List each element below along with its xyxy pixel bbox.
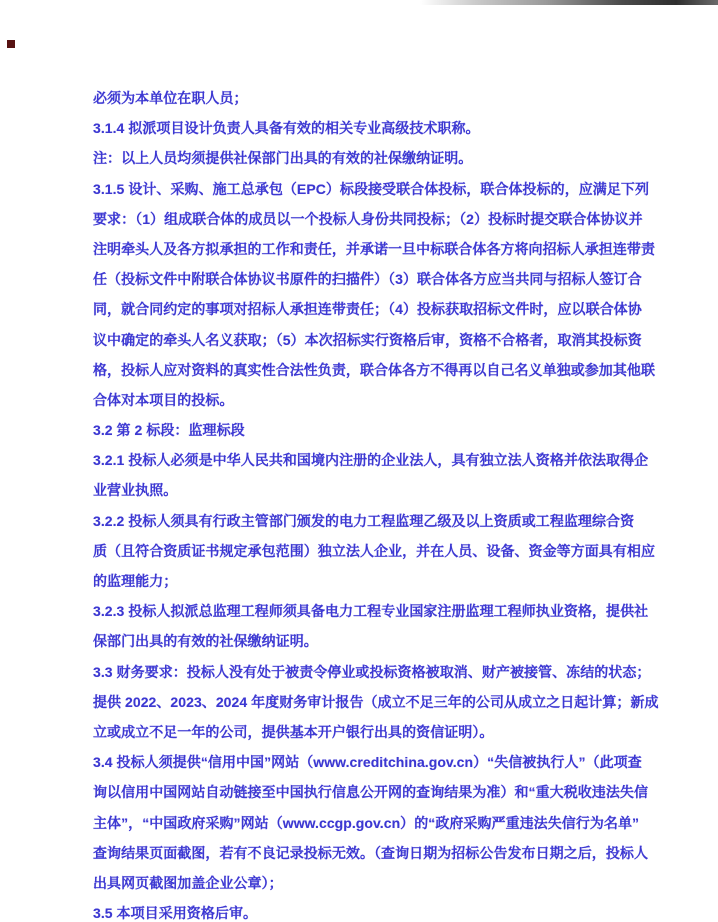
document-text-line: 要求：（1）组成联合体的成员以一个投标人身份共同投标；（2）投标时提交联合体协议…: [93, 204, 633, 234]
document-text-line: 的监理能力；: [93, 566, 633, 596]
document-text-line: 主体”，“中国政府采购”网站（www.ccgp.gov.cn）的“政府采购严重违…: [93, 808, 633, 838]
document-text-line: 3.2 第 2 标段：监理标段: [93, 415, 633, 445]
document-text-line: 业营业执照。: [93, 475, 633, 505]
document-body: 必须为本单位在职人员；3.1.4 拟派项目设计负责人具备有效的相关专业高级技术职…: [93, 83, 633, 922]
document-text-line: 查询结果页面截图，若有不良记录投标无效。（查询日期为招标公告发布日期之后，投标人: [93, 838, 633, 868]
document-text-line: 同，就合同约定的事项对招标人承担连带责任；（4）投标获取招标文件时，应以联合体协: [93, 294, 633, 324]
document-text-line: 询以信用中国网站自动链接至中国执行信息公开网的查询结果为准）和“重大税收违法失信: [93, 777, 633, 807]
document-text-line: 3.2.3 投标人拟派总监理工程师须具备电力工程专业国家注册监理工程师执业资格，…: [93, 596, 633, 626]
document-text-line: 质（且符合资质证书规定承包范围）独立法人企业，并在人员、设备、资金等方面具有相应: [93, 536, 633, 566]
document-text-line: 注：以上人员均须提供社保部门出具的有效的社保缴纳证明。: [93, 143, 633, 173]
document-text-line: 3.4 投标人须提供“信用中国”网站（www.creditchina.gov.c…: [93, 747, 633, 777]
document-text-line: 提供 2022、2023、2024 年度财务审计报告（成立不足三年的公司从成立之…: [93, 687, 633, 717]
document-text-line: 出具网页截图加盖企业公章）；: [93, 868, 633, 898]
document-text-line: 立或成立不足一年的公司，提供基本开户银行出具的资信证明）。: [93, 717, 633, 747]
document-text-line: 3.2.2 投标人须具有行政主管部门颁发的电力工程监理乙级及以上资质或工程监理综…: [93, 506, 633, 536]
document-text-line: 3.1.5 设计、采购、施工总承包（EPC）标段接受联合体投标，联合体投标的，应…: [93, 174, 633, 204]
scanned-document-page: 必须为本单位在职人员；3.1.4 拟派项目设计负责人具备有效的相关专业高级技术职…: [0, 0, 718, 922]
document-text-line: 必须为本单位在职人员；: [93, 83, 633, 113]
document-text-line: 3.5 本项目采用资格后审。: [93, 898, 633, 922]
document-text-line: 3.1.4 拟派项目设计负责人具备有效的相关专业高级技术职称。: [93, 113, 633, 143]
document-text-line: 3.3 财务要求：投标人没有处于被责令停业或投标资格被取消、财产被接管、冻结的状…: [93, 657, 633, 687]
document-text-line: 格，投标人应对资料的真实性合法性负责，联合体各方不得再以自己名义单独或参加其他联: [93, 355, 633, 385]
scan-artifact-mark: [7, 40, 15, 48]
document-text-line: 合体对本项目的投标。: [93, 385, 633, 415]
document-text-line: 任（投标文件中附联合体协议书原件的扫描件）（3）联合体各方应当共同与招标人签订合: [93, 264, 633, 294]
document-text-line: 3.2.1 投标人必须是中华人民共和国境内注册的企业法人，具有独立法人资格并依法…: [93, 445, 633, 475]
scan-shadow-top-edge: [420, 0, 718, 5]
document-text-line: 保部门出具的有效的社保缴纳证明。: [93, 626, 633, 656]
document-text-line: 注明牵头人及各方拟承担的工作和责任，并承诺一旦中标联合体各方将向招标人承担连带责: [93, 234, 633, 264]
document-text-line: 议中确定的牵头人名义获取；（5）本次招标实行资格后审，资格不合格者，取消其投标资: [93, 325, 633, 355]
